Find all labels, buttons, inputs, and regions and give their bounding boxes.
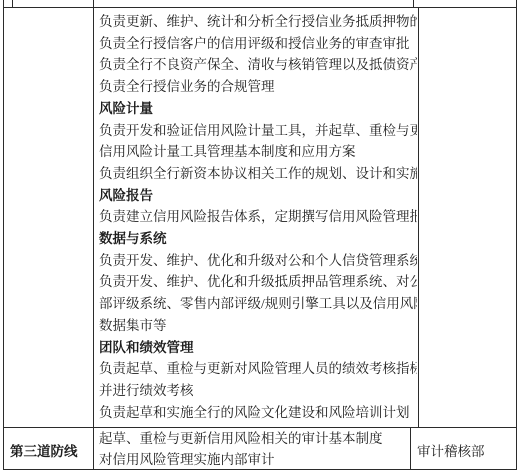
duty-line: 负责建立信用风险报告体系，定期撰写信用风险管理报告 [99, 206, 417, 228]
row-border-top [3, 7, 517, 8]
grid-line-sliver-left [12, 0, 13, 7]
grid-line-sliver-right [413, 0, 414, 7]
bottom-duties-cell: 起草、重检与更新信用风险相关的审计基本制度对信用风险管理实施内部审计 [99, 429, 407, 470]
duty-line: 信用风险计量工具管理基本制度和应用方案 [99, 141, 417, 163]
section-heading: 团队和绩效管理 [99, 337, 417, 359]
duty-line: 负责起草、重检与更新对风险管理人员的绩效考核指标， [99, 358, 417, 380]
duty-line: 对信用风险管理实施内部审计 [99, 450, 407, 471]
table-border-right [516, 0, 517, 470]
duty-line: 并进行绩效考核 [99, 380, 417, 402]
department-label: 审计稽核部 [417, 440, 513, 460]
duty-line: 负责全行授信客户的信用评级和授信业务的审查审批 [99, 33, 417, 55]
duty-line: 负责组织全行新资本协议相关工作的规划、设计和实施 [99, 163, 417, 185]
duty-line: 负责开发、维护、优化和升级抵质押品管理系统、对公内 [99, 271, 417, 293]
duty-line: 数据集市等 [99, 315, 417, 337]
grid-line-col2-divider-main [418, 7, 419, 427]
duty-line: 负责全行不良资产保全、清收与核销管理以及抵债资产管理 [99, 54, 417, 76]
row-border-middle [3, 427, 517, 428]
duty-line: 负责起草和实施全行的风险文化建设和风险培训计划 [99, 402, 417, 424]
defense-line-label: 第三道防线 [10, 440, 90, 460]
table-border-left [3, 0, 4, 470]
duty-line: 起草、重检与更新信用风险相关的审计基本制度 [99, 429, 407, 450]
grid-line-col2-divider-bottom [410, 427, 411, 470]
duties-cell: 负责更新、维护、统计和分析全行授信业务抵质押物的估值负责全行授信客户的信用评级和… [99, 11, 417, 425]
section-heading: 数据与系统 [99, 228, 417, 250]
duty-line: 部评级系统、零售内部评级/规则引擎工具以及信用风险 [99, 293, 417, 315]
section-heading: 风险报告 [99, 185, 417, 207]
document-page: 负责更新、维护、统计和分析全行授信业务抵质押物的估值负责全行授信客户的信用评级和… [0, 0, 523, 473]
grid-line-col1-divider [93, 0, 94, 470]
section-heading: 风险计量 [99, 98, 417, 120]
duty-line: 负责更新、维护、统计和分析全行授信业务抵质押物的估值 [99, 11, 417, 33]
duty-line: 负责开发、维护、优化和升级对公和个人信贷管理系统 [99, 250, 417, 272]
duty-line: 负责开发和验证信用风险计量工具，并起草、重检与更新 [99, 120, 417, 142]
duty-line: 负责全行授信业务的合规管理 [99, 76, 417, 98]
